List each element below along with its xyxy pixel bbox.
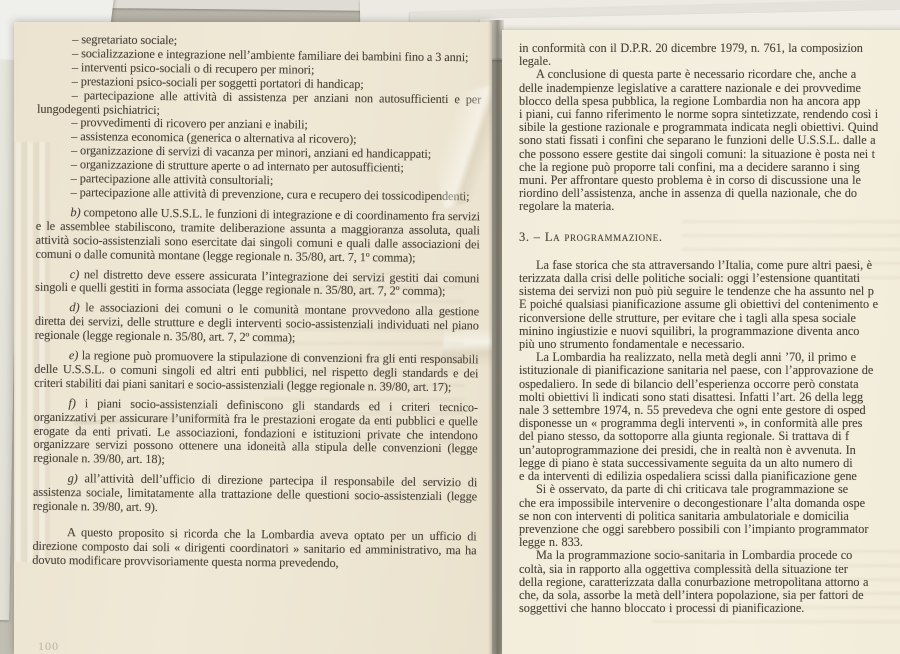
text-line: del piano stesso, da sottoporre alla giu… bbox=[519, 430, 900, 443]
text-line: un’autoprogrammazione dei presidi, che i… bbox=[519, 444, 900, 457]
text-line: Si è osservato, da parte di chi criticav… bbox=[519, 483, 900, 496]
paragraph-letter-label: e) bbox=[69, 348, 79, 362]
page-number: 100 bbox=[38, 639, 59, 654]
book-scan: – segretariato sociale; – socializzazion… bbox=[0, 0, 900, 654]
right-page-text: in conformità con il D.P.R. 20 dicembre … bbox=[502, 30, 900, 615]
opening-paragraph-lines: in conformità con il D.P.R. 20 dicembre … bbox=[519, 42, 900, 214]
text-line: delle inadempienze legislative a caratte… bbox=[519, 82, 900, 95]
service-list: – segretariato sociale; – socializzazion… bbox=[36, 33, 482, 205]
text-line: che possono essere gestite dai singoli c… bbox=[519, 148, 900, 161]
paragraph-letter-label: b) bbox=[70, 205, 80, 219]
text-line: E poiché qualsiasi pianificazione assume… bbox=[519, 298, 900, 311]
ink-bleedthrough bbox=[682, 220, 900, 280]
text-line: ospedaliero. In sede di bilancio dell’es… bbox=[519, 378, 900, 391]
paragraph-letter-label: d) bbox=[69, 300, 79, 314]
text-line: istituzionale di pianificazione sanitari… bbox=[519, 364, 900, 377]
paragraph-letter-label: c) bbox=[70, 267, 80, 281]
right-page: in conformità con il D.P.R. 20 dicembre … bbox=[502, 30, 900, 654]
closing-paragraph: A questo proposito si ricorda che la Lom… bbox=[32, 526, 476, 572]
paragraph-letter-label: f) bbox=[68, 396, 75, 410]
lettered-paragraph: b) competono alle U.S.S.L. le funzioni d… bbox=[35, 206, 480, 266]
lettered-paragraph: g) all’attività dell’ufficio di direzion… bbox=[33, 472, 477, 518]
text-line: in conformità con il D.P.R. 20 dicembre … bbox=[519, 42, 900, 55]
ink-bleedthrough bbox=[652, 550, 900, 630]
left-page: – segretariato sociale; – socializzazion… bbox=[14, 22, 492, 654]
paragraph-letter-label: g) bbox=[68, 471, 78, 485]
paragraph-text: all’attività dell’ufficio di direzione p… bbox=[33, 472, 477, 515]
text-line: se non con interventi di politica sanita… bbox=[519, 510, 900, 523]
text-line: A conclusione di questa parte è necessar… bbox=[519, 68, 900, 81]
list-item: – partecipazione alle attività di preven… bbox=[36, 186, 480, 205]
text-line: che era impossibile intervenire o decong… bbox=[519, 497, 900, 510]
text-line: sono stati fissati i confini che separan… bbox=[519, 134, 900, 147]
ink-bleedthrough bbox=[264, 272, 464, 452]
text-line: riconversione delle strutture, per evita… bbox=[519, 312, 900, 325]
text-line: regolare la materia. bbox=[519, 200, 900, 213]
paragraph-text: competono alle U.S.S.L. le funzioni di i… bbox=[35, 205, 480, 264]
